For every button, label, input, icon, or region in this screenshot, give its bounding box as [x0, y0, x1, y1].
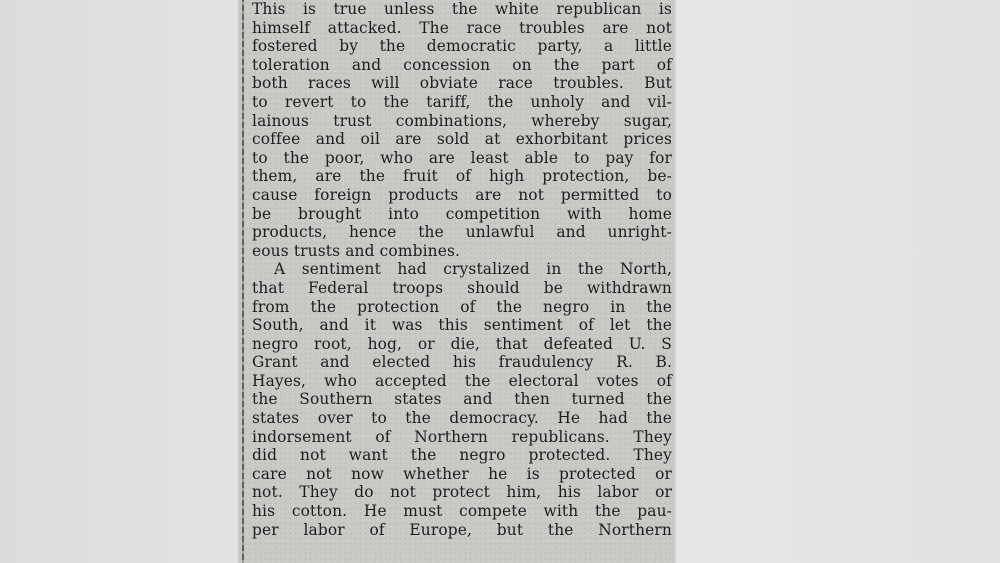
text-line: to revert to the tariff, the unholy and …: [252, 93, 672, 112]
text-line: Grant and elected his fraudulency R. B.: [252, 353, 672, 372]
text-line: negro root, hog, or die, that defeated U…: [252, 335, 672, 354]
text-line: the Southern states and then turned the: [252, 390, 672, 409]
text-line: indorsement of Northern republicans. The…: [252, 428, 672, 447]
text-line: lainous trust combinations, whereby suga…: [252, 112, 672, 131]
text-line: South, and it was this sentiment of let …: [252, 316, 672, 335]
text-line: products, hence the unlawful and unright…: [252, 223, 672, 242]
text-line: eous trusts and combines.: [252, 242, 672, 261]
text-line: them, are the fruit of high protection, …: [252, 167, 672, 186]
text-line: care not now whether he is protected or: [252, 465, 672, 484]
newspaper-clipping: This is true unless the white republican…: [238, 0, 674, 563]
text-line: fostered by the democratic party, a litt…: [252, 37, 672, 56]
text-line: A sentiment had crystalized in the North…: [252, 260, 672, 279]
text-line: per labor of Europe, but the Northern: [252, 521, 672, 540]
text-line: that Federal troops should be withdrawn: [252, 279, 672, 298]
text-line: not. They do not protect him, his labor …: [252, 483, 672, 502]
article-text: This is true unless the white republican…: [252, 0, 672, 539]
text-line: to the poor, who are least able to pay f…: [252, 149, 672, 168]
text-line: toleration and concession on the part of: [252, 56, 672, 75]
text-line: from the protection of the negro in the: [252, 298, 672, 317]
text-line: This is true unless the white republican…: [252, 0, 672, 19]
text-line: cause foreign products are not permitted…: [252, 186, 672, 205]
text-line: be brought into competition with home: [252, 205, 672, 224]
photo-background: This is true unless the white republican…: [0, 0, 1000, 563]
text-line: his cotton. He must compete with the pau…: [252, 502, 672, 521]
text-line: himself attacked. The race troubles are …: [252, 19, 672, 38]
text-line: Hayes, who accepted the electoral votes …: [252, 372, 672, 391]
text-line: coffee and oil are sold at exhorbitant p…: [252, 130, 672, 149]
column-rule-divider: [242, 0, 244, 563]
text-line: states over to the democracy. He had the: [252, 409, 672, 428]
text-line: both races will obviate race troubles. B…: [252, 74, 672, 93]
text-line: did not want the negro protected. They: [252, 446, 672, 465]
